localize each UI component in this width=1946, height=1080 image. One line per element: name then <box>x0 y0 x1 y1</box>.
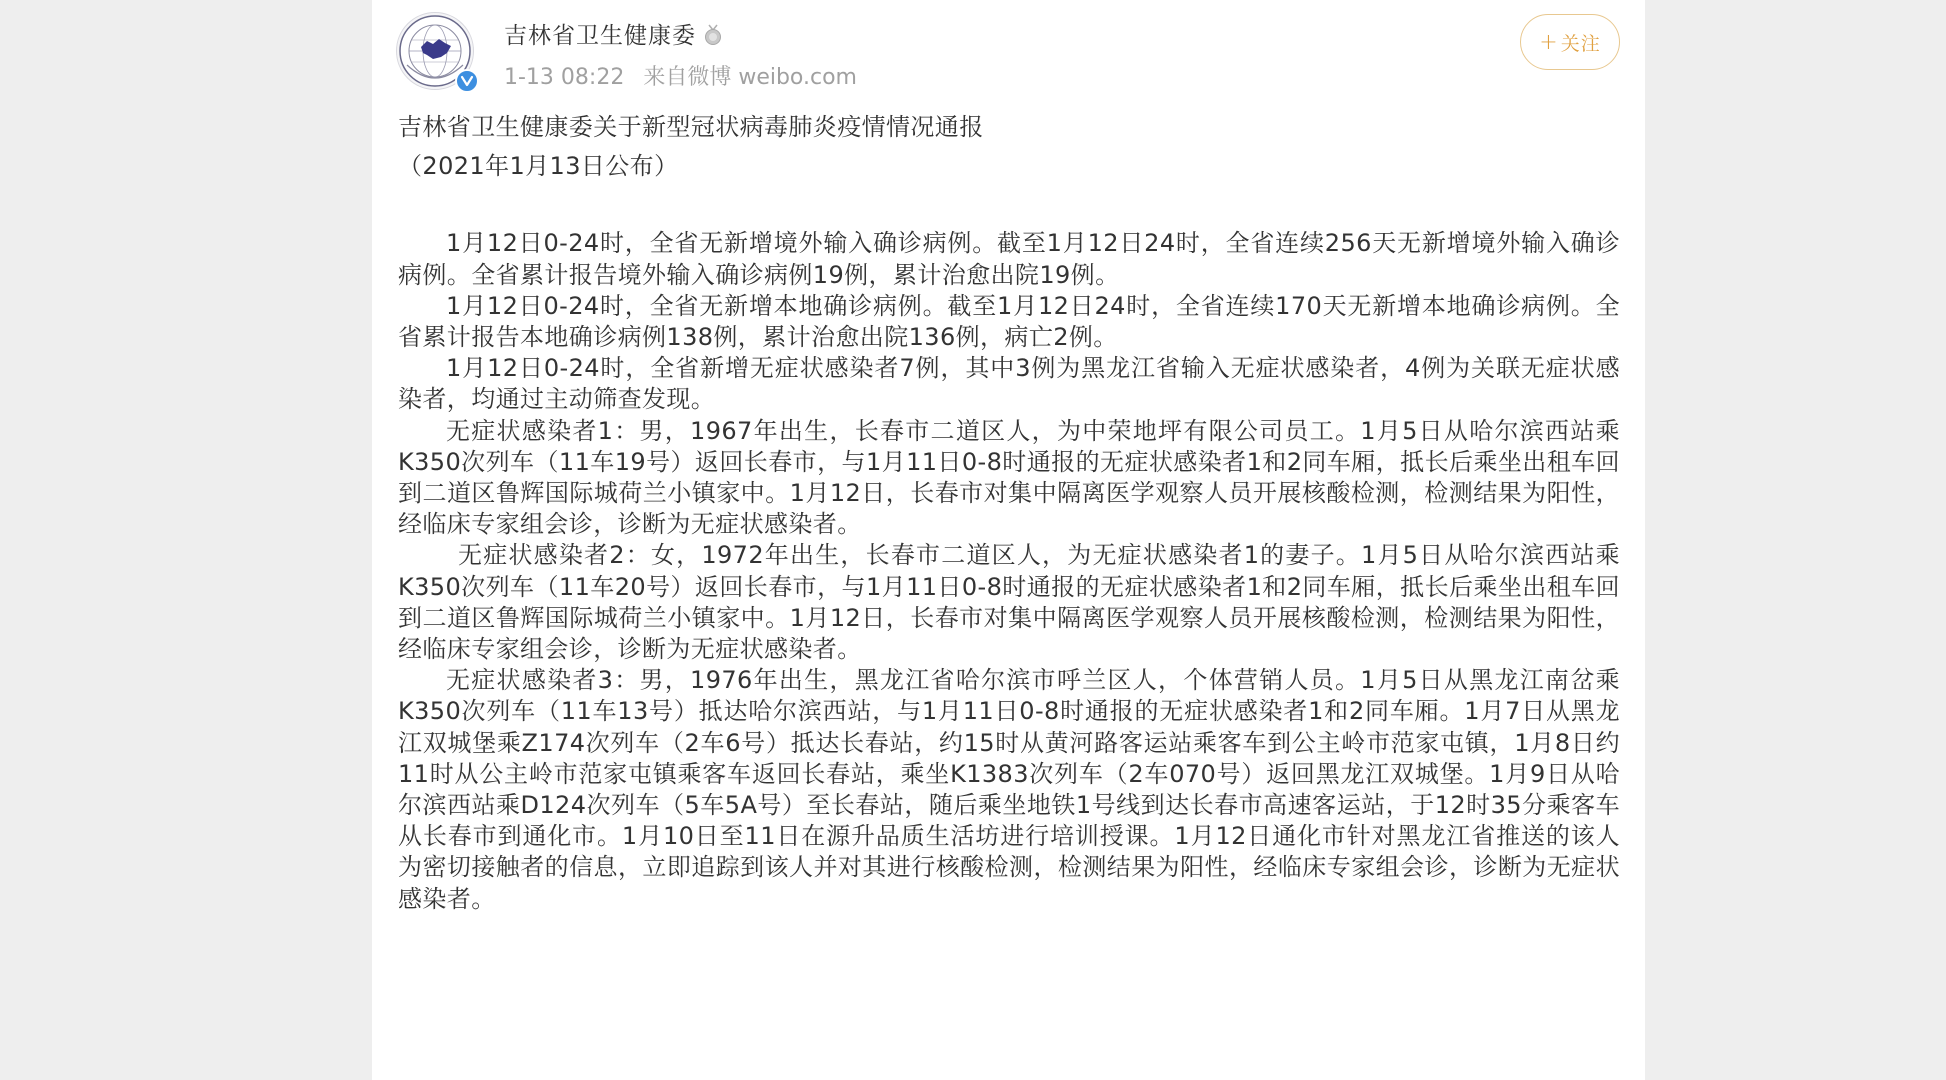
post-source: 来自微博 weibo.com <box>643 65 857 90</box>
spacer <box>398 182 1620 228</box>
paragraph-asymptomatic-summary: 1月12日0-24时，全省新增无症状感染者7例，其中3例为黑龙江省输入无症状感染… <box>398 353 1620 415</box>
author-name-text[interactable]: 吉林省卫生健康委 <box>504 23 696 49</box>
paragraph-local-cases: 1月12日0-24时，全省无新增本地确诊病例。截至1月12日24时，全省连续17… <box>398 291 1620 353</box>
post-meta: 1-13 08:22 来自微博 weibo.com <box>504 60 869 91</box>
post-time[interactable]: 1-13 08:22 <box>504 65 624 90</box>
paragraph-asymptomatic-3: 无症状感染者3：男，1976年出生，黑龙江省哈尔滨市呼兰区人，个体营销人员。1月… <box>398 665 1620 915</box>
post-content: 吉林省卫生健康委关于新型冠状病毒肺炎疫情情况通报 （2021年1月13日公布） … <box>398 112 1620 915</box>
follow-button-label: 关注 <box>1561 29 1601 56</box>
verified-v-badge-icon <box>455 69 479 93</box>
paragraph-asymptomatic-1: 无症状感染者1：男，1967年出生，长春市二道区人，为中荣地坪有限公司员工。1月… <box>398 416 1620 541</box>
post-subtitle: （2021年1月13日公布） <box>398 151 1620 182</box>
plus-icon: + <box>1539 30 1558 55</box>
post-title: 吉林省卫生健康委关于新型冠状病毒肺炎疫情情况通报 <box>398 112 1620 143</box>
paragraph-imported-cases: 1月12日0-24时，全省无新增境外输入确诊病例。截至1月12日24时，全省连续… <box>398 228 1620 290</box>
author-name[interactable]: 吉林省卫生健康委 <box>504 17 722 50</box>
post-header: 吉林省卫生健康委 1-13 08:22 来自微博 weibo.com + 关注 <box>372 0 1645 110</box>
medal-icon <box>704 24 722 46</box>
paragraph-asymptomatic-2: 无症状感染者2：女，1972年出生，长春市二道区人，为无症状感染者1的妻子。1月… <box>398 540 1620 665</box>
follow-button[interactable]: + 关注 <box>1520 14 1620 70</box>
author-avatar[interactable] <box>396 12 474 90</box>
weibo-post-panel: 吉林省卫生健康委 1-13 08:22 来自微博 weibo.com + 关注 … <box>372 0 1645 1080</box>
